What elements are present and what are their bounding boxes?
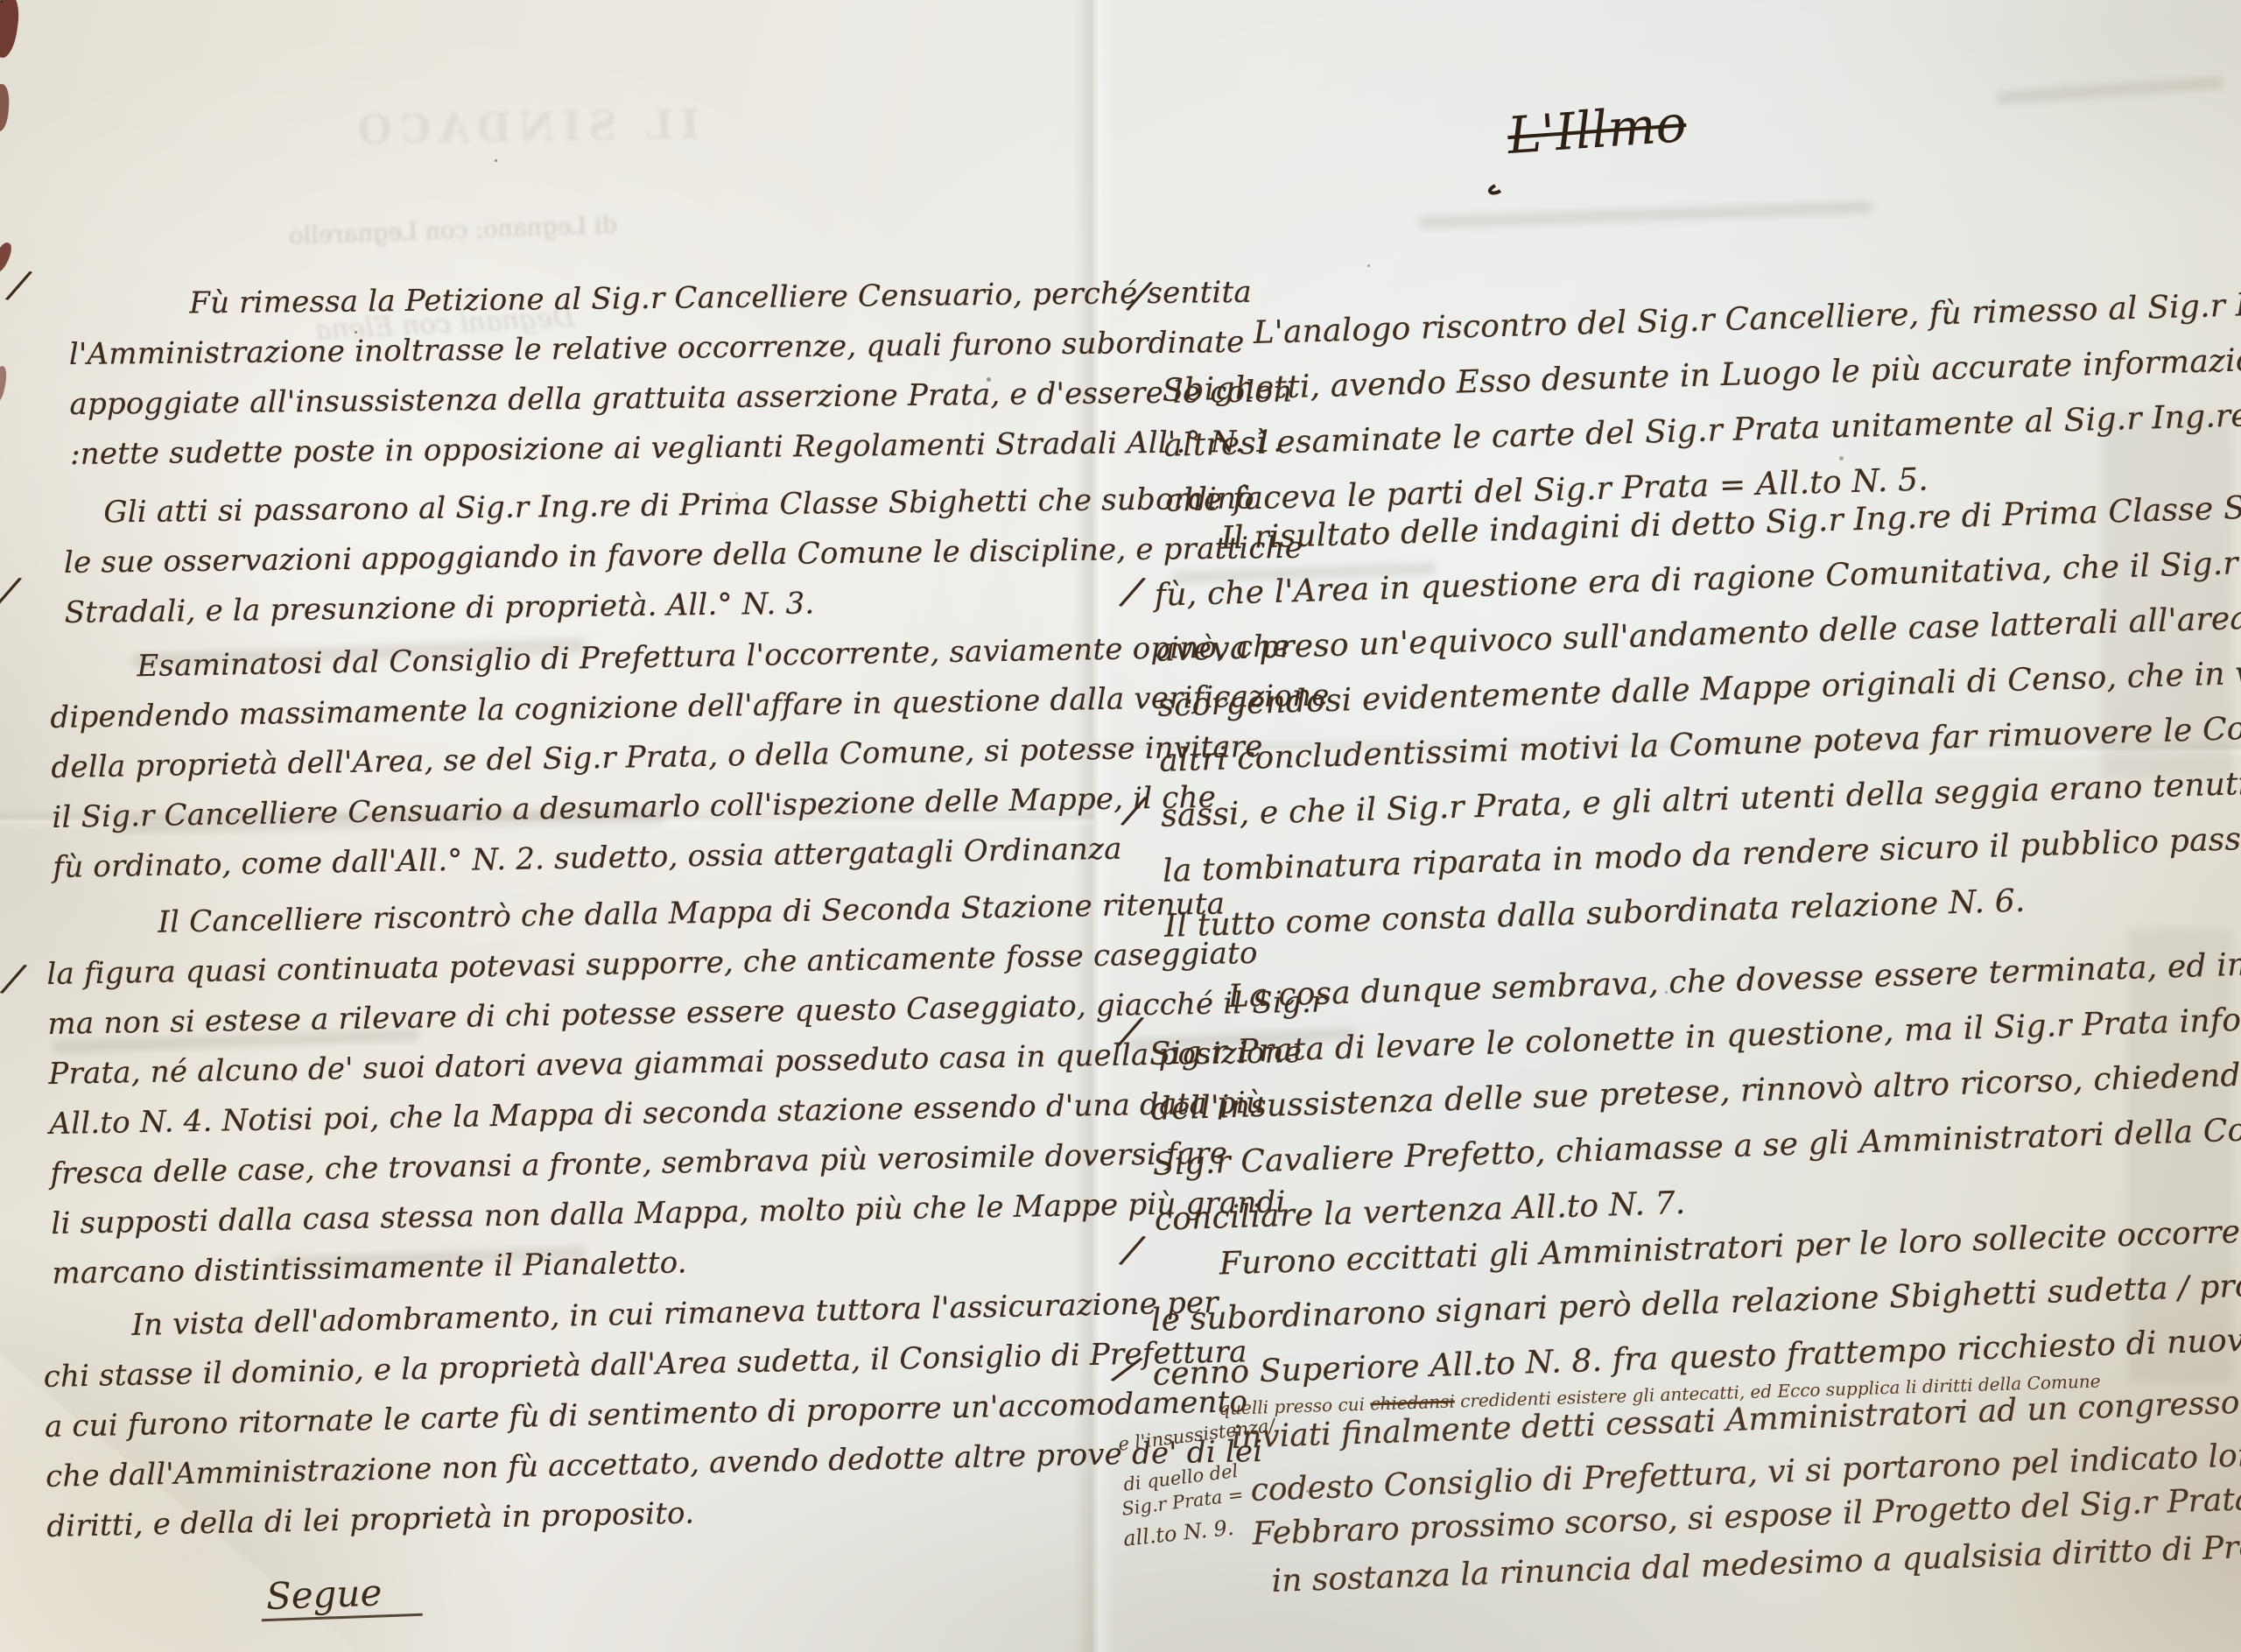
showthrough-smudge: [1418, 200, 1873, 229]
margin-slash-mark: /: [8, 264, 31, 306]
edge-stain: [0, 365, 9, 404]
edge-stain: [0, 83, 11, 131]
paragraph: Il risultato delle indagini di detto Sig…: [1152, 475, 2241, 954]
paragraph: Gli atti si passarono al Sig.r Ing.re di…: [63, 474, 1303, 638]
paragraph: La cosa dunque sembrava, che dovesse ess…: [1147, 931, 2241, 1248]
interline-note-struck: chiedansi: [1370, 1391, 1455, 1415]
manuscript-scan: { "document_type": "handwritten Italian …: [0, 0, 2241, 1652]
paragraph: In vista dell'adombramento, in cui riman…: [42, 1277, 1264, 1552]
paragraph: Il Cancelliere riscontrò che dalla Mappa…: [46, 878, 1331, 1299]
header-flourish: L'Illmo: [1506, 95, 1688, 164]
flourish-swash-icon: [1483, 156, 1763, 201]
edge-stain: [0, 241, 15, 275]
bleedthrough-text: di Legnano; con Legnarello: [289, 211, 618, 250]
showthrough-smudge: [1996, 76, 2223, 104]
edge-stain: [0, 0, 22, 60]
paragraph: Esaminatosi dal Consiglio di Prefettura …: [49, 621, 1332, 892]
bleedthrough-text: IL SINDACO: [350, 101, 700, 154]
paragraph: Fù rimessa la Petizione al Sig.r Cancell…: [68, 267, 1293, 480]
margin-slash-mark: /: [3, 957, 25, 999]
footer-segue: Segue: [260, 1571, 423, 1621]
ink-speck: [0, 0, 3, 3]
margin-slash-mark: /: [0, 570, 20, 612]
